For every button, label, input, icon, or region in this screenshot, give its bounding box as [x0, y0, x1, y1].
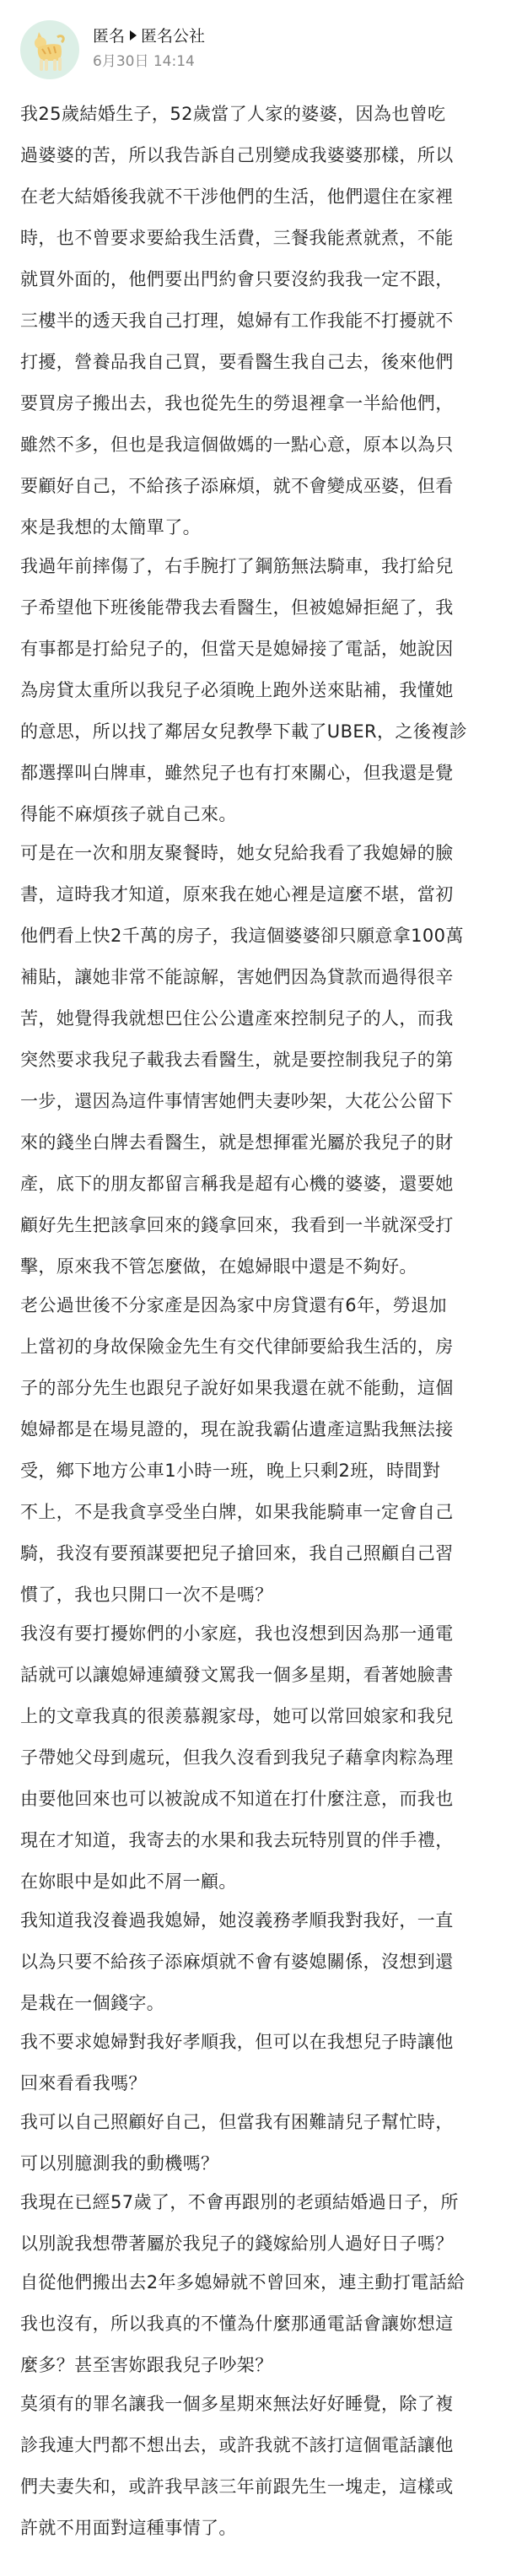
paragraph-line: 以為只要不給孩子添麻煩就不會有婆媳關係，沒想到還 [20, 1941, 493, 1983]
paragraph-line: 一步，還因為這件事情害她們夫妻吵架，大花公公留下 [20, 1081, 493, 1122]
paragraph-line: 媳婦都是在場見證的，現在說我霸佔遺產這點我無法接 [20, 1409, 493, 1450]
paragraph-line: 得能不麻煩孩子就自己來。 [20, 794, 493, 835]
paragraph-line: 要顧好自己，不給孩子添麻煩，就不會變成巫婆，但看 [20, 466, 493, 507]
post-paragraph: 我過年前摔傷了，右手腕打了鋼筋無法騎車，我打給兒子希望他下班後能帶我去看醫生，但… [20, 546, 493, 835]
post-paragraph: 我現在已經57歲了，不會再跟別的老頭結婚過日子，所以別說我想帶著屬於我兒子的錢嫁… [20, 2182, 493, 2265]
paragraph-line: 突然要求我兒子載我去看醫生，就是要控制我兒子的第 [20, 1040, 493, 1081]
paragraph-line: 來的錢坐白牌去看醫生，就是想揮霍光屬於我兒子的財 [20, 1122, 493, 1164]
paragraph-line: 我25歲結婚生子，52歲當了人家的婆婆，因為也曾吃 [20, 94, 493, 135]
paragraph-line: 我也沒有，所以我真的不懂為什麼那通電話會讓妳想這 [20, 2303, 493, 2345]
post-paragraph: 自從他們搬出去2年多媳婦就不曾回來，連主動打電話給我也沒有，所以我真的不懂為什麼… [20, 2262, 493, 2386]
paragraph-line: 可以別臆測我的動機嗎？ [20, 2143, 493, 2184]
paragraph-line: 不上，不是我貪享受坐白牌，如果我能騎車一定會自己 [20, 1492, 493, 1533]
paragraph-line: 我可以自己照顧好自己，但當我有困難請兒子幫忙時， [20, 2102, 493, 2143]
paragraph-line: 以別說我想帶著屬於我兒子的錢嫁給別人過好日子嗎？ [20, 2223, 493, 2265]
paragraph-line: 我現在已經57歲了，不會再跟別的老頭結婚過日子，所 [20, 2182, 493, 2223]
paragraph-line: 回來看看我嗎？ [20, 2063, 493, 2104]
paragraph-line: 莫須有的罪名讓我一個多星期來無法好好睡覺，除了複 [20, 2384, 493, 2425]
post-paragraph: 可是在一次和朋友聚餐時，她女兒給我看了我媳婦的臉書，這時我才知道，原來我在她心裡… [20, 833, 493, 1288]
paragraph-line: 老公過世後不分家產是因為家中房貸還有6年，勞退加 [20, 1285, 493, 1326]
paragraph-line: 苦，她覺得我就想巴住公公遺產來控制兒子的人，而我 [20, 998, 493, 1040]
paragraph-line: 麼多？甚至害妳跟我兒子吵架？ [20, 2345, 493, 2386]
paragraph-line: 產，底下的朋友都留言稱我是超有心機的婆婆，還要她 [20, 1164, 493, 1205]
paragraph-line: 在妳眼中是如此不屑一顧。 [20, 1861, 493, 1903]
paragraph-line: 過婆婆的苦，所以我告訴自己別變成我婆婆那樣，所以 [20, 135, 493, 176]
paragraph-line: 自從他們搬出去2年多媳婦就不曾回來，連主動打電話給 [20, 2262, 493, 2303]
paragraph-line: 他們看上快2千萬的房子，我這個婆婆卻只願意拿100萬 [20, 915, 493, 957]
post-meta: 匿名匿名公社 6月30日 14:14 [93, 25, 205, 73]
paragraph-line: 為房貸太重所以我兒子必須晚上跑外送來貼補，我懂她 [20, 670, 493, 711]
paragraph-line: 我知道我沒養過我媳婦，她沒義務孝順我對我好，一直 [20, 1900, 493, 1941]
post-paragraph: 我25歲結婚生子，52歲當了人家的婆婆，因為也曾吃過婆婆的苦，所以我告訴自己別變… [20, 94, 493, 548]
paragraph-line: 都選擇叫白牌車，雖然兒子也有打來關心，但我還是覺 [20, 753, 493, 794]
post-paragraph: 我可以自己照顧好自己，但當我有困難請兒子幫忙時，可以別臆測我的動機嗎？ [20, 2102, 493, 2184]
paragraph-line: 我不要求媳婦對我好孝順我，但可以在我想兒子時讓他 [20, 2022, 493, 2063]
author-name[interactable]: 匿名 [93, 27, 125, 46]
paragraph-line: 時，也不曾要求要給我生活費，三餐我能煮就煮，不能 [20, 218, 493, 259]
post-paragraph: 老公過世後不分家產是因為家中房貸還有6年，勞退加上當初的身故保險金先生有交代律師… [20, 1285, 493, 1616]
paragraph-line: 們夫妻失和，或許我早該三年前跟先生一塊走，這樣或 [20, 2466, 493, 2508]
paragraph-line: 慣了，我也只開口一次不是嗎？ [20, 1574, 493, 1616]
paragraph-line: 可是在一次和朋友聚餐時，她女兒給我看了我媳婦的臉 [20, 833, 493, 874]
paragraph-line: 雖然不多，但也是我這個做媽的一點心意，原本以為只 [20, 424, 493, 466]
paragraph-line: 的意思，所以找了鄰居女兒教學下載了UBER，之後複診 [20, 711, 493, 753]
post-timestamp: 6月30日 14:14 [93, 51, 205, 73]
paragraph-line: 許就不用面對這種事情了。 [20, 2508, 493, 2549]
paragraph-line: 補貼，讓她非常不能諒解，害她們因為貸款而過得很辛 [20, 957, 493, 998]
board-name[interactable]: 匿名公社 [141, 27, 205, 46]
paragraph-line: 騎，我沒有要預謀要把兒子搶回來，我自己照顧自己習 [20, 1533, 493, 1574]
paragraph-line: 三樓半的透天我自己打理，媳婦有工作我能不打擾就不 [20, 300, 493, 342]
avatar[interactable] [20, 20, 79, 79]
paragraph-line: 顧好先生把該拿回來的錢拿回來，我看到一半就深受打 [20, 1205, 493, 1246]
triangle-right-icon [130, 30, 137, 41]
post-header: 匿名匿名公社 6月30日 14:14 [0, 0, 506, 84]
paragraph-line: 上的文章我真的很羨慕親家母，她可以常回娘家和我兒 [20, 1696, 493, 1737]
paragraph-line: 我沒有要打擾妳們的小家庭，我也沒想到因為那一通電 [20, 1613, 493, 1655]
paragraph-line: 就買外面的，他們要出門約會只要沒約我我一定不跟， [20, 259, 493, 300]
paragraph-line: 診我連大門都不想出去，或許我就不該打這個電話讓他 [20, 2425, 493, 2466]
cat-icon [27, 29, 73, 74]
paragraph-line: 由要他回來也可以被說成不知道在打什麼注意，而我也 [20, 1779, 493, 1820]
paragraph-line: 上當初的身故保險金先生有交代律師要給我生活的，房 [20, 1326, 493, 1368]
post-body: 我25歲結婚生子，52歲當了人家的婆婆，因為也曾吃過婆婆的苦，所以我告訴自己別變… [20, 94, 493, 2549]
paragraph-line: 書，這時我才知道，原來我在她心裡是這麼不堪，當初 [20, 874, 493, 915]
paragraph-line: 來是我想的太簡單了。 [20, 507, 493, 548]
post-paragraph: 莫須有的罪名讓我一個多星期來無法好好睡覺，除了複診我連大門都不想出去，或許我就不… [20, 2384, 493, 2549]
paragraph-line: 在老大結婚後我就不干涉他們的生活，他們還住在家裡 [20, 176, 493, 218]
paragraph-line: 擊，原來我不管怎麼做，在媳婦眼中還是不夠好。 [20, 1246, 493, 1288]
paragraph-line: 子帶她父母到處玩，但我久沒看到我兒子藉拿肉粽為理 [20, 1737, 493, 1779]
paragraph-line: 要買房子搬出去，我也從先生的勞退裡拿一半給他們， [20, 383, 493, 424]
paragraph-line: 現在才知道，我寄去的水果和我去玩特別買的伴手禮， [20, 1820, 493, 1861]
paragraph-line: 是栽在一個錢字。 [20, 1983, 493, 2024]
post-paragraph: 我沒有要打擾妳們的小家庭，我也沒想到因為那一通電話就可以讓媳婦連續發文罵我一個多… [20, 1613, 493, 1903]
paragraph-line: 話就可以讓媳婦連續發文罵我一個多星期，看著她臉書 [20, 1655, 493, 1696]
post-paragraph: 我知道我沒養過我媳婦，她沒義務孝順我對我好，一直以為只要不給孩子添麻煩就不會有婆… [20, 1900, 493, 2024]
breadcrumb: 匿名匿名公社 [93, 25, 205, 47]
paragraph-line: 受，鄉下地方公車1小時一班，晚上只剩2班，時間對 [20, 1450, 493, 1492]
paragraph-line: 子希望他下班後能帶我去看醫生，但被媳婦拒絕了，我 [20, 587, 493, 629]
paragraph-line: 我過年前摔傷了，右手腕打了鋼筋無法騎車，我打給兒 [20, 546, 493, 587]
paragraph-line: 打擾，營養品我自己買，要看醫生我自己去，後來他們 [20, 342, 493, 383]
paragraph-line: 有事都是打給兒子的，但當天是媳婦接了電話，她說因 [20, 629, 493, 670]
paragraph-line: 子的部分先生也跟兒子說好如果我還在就不能動，這個 [20, 1368, 493, 1409]
post-paragraph: 我不要求媳婦對我好孝順我，但可以在我想兒子時讓他回來看看我嗎？ [20, 2022, 493, 2104]
